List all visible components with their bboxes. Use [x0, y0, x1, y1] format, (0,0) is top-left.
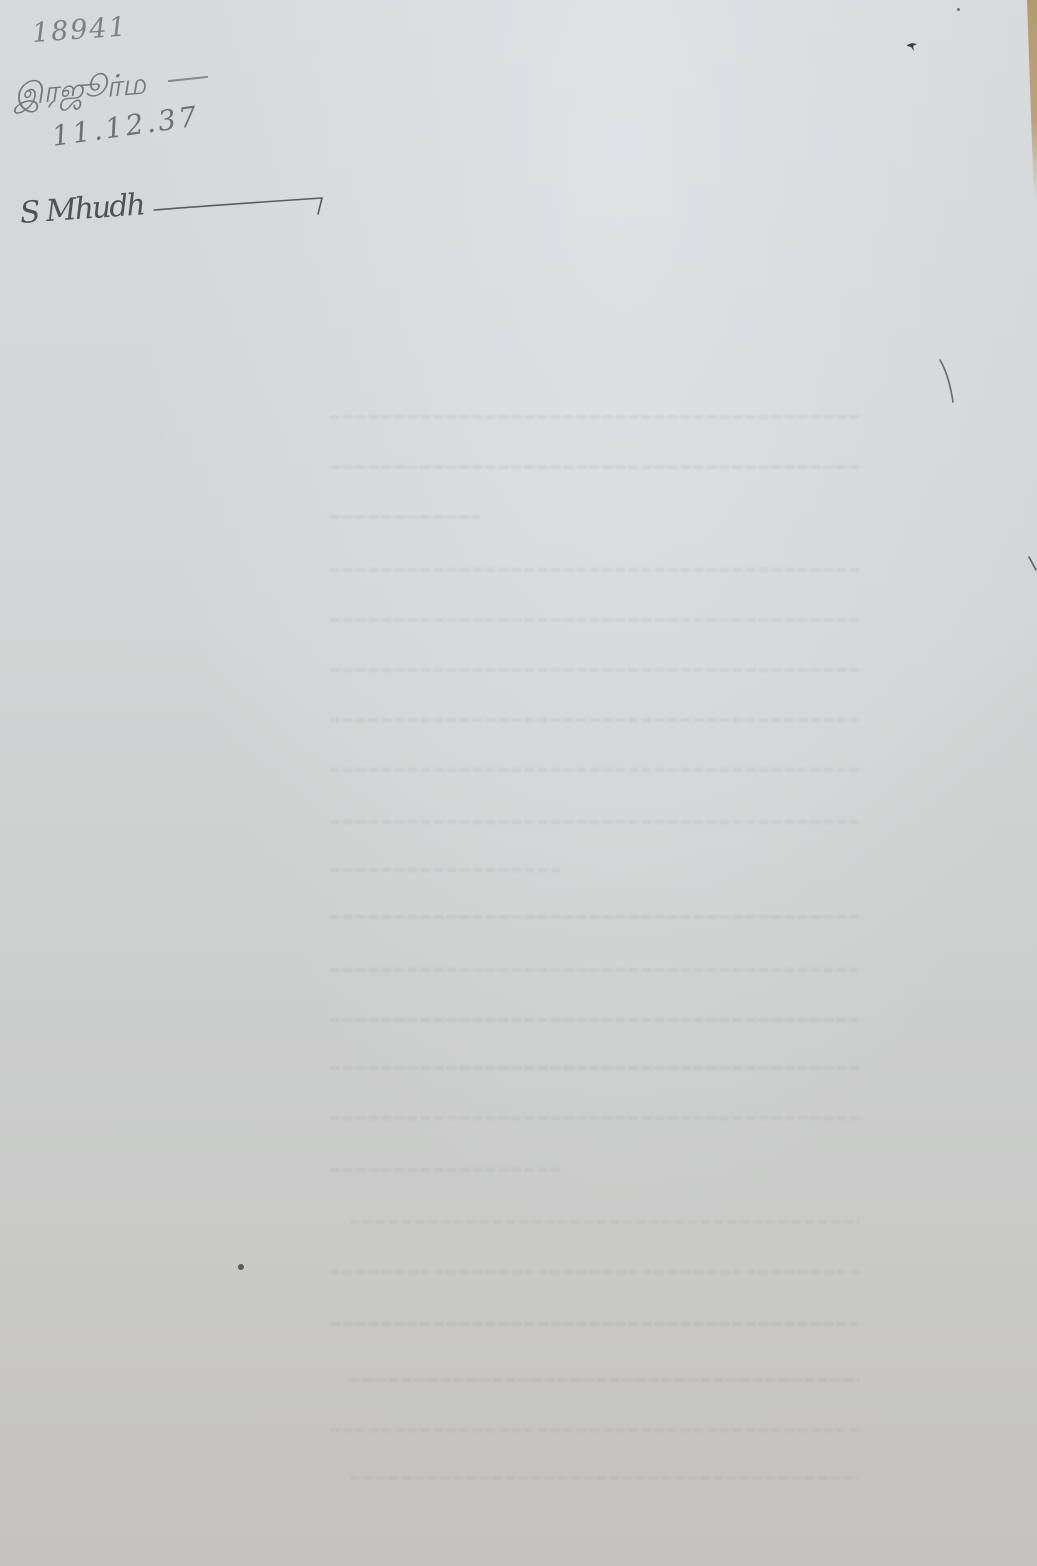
- scan-background-edge: [1027, 0, 1037, 200]
- show-through-line: [330, 1066, 860, 1070]
- show-through-line: [330, 1270, 860, 1274]
- show-through-line: [330, 768, 860, 772]
- ink-spot: [906, 40, 918, 52]
- reference-number: 18941: [31, 11, 129, 49]
- signature-flourish: [152, 192, 332, 222]
- ink-dot-lower: [238, 1264, 244, 1270]
- show-through-line: [330, 718, 860, 722]
- signature: S Mhudh: [19, 187, 145, 231]
- show-through-line: [350, 1220, 860, 1224]
- scanned-page: 18941 இரஜூர்ம 11.12.37 S Mhudh: [0, 0, 1037, 1566]
- show-through-line: [330, 968, 860, 972]
- show-through-line: [330, 1428, 860, 1432]
- show-through-line: [350, 1378, 860, 1382]
- show-through-line: [330, 415, 860, 419]
- tamil-note-underline: [168, 76, 208, 82]
- show-through-line: [330, 1322, 860, 1326]
- show-through-line: [330, 868, 560, 872]
- show-through-line: [330, 515, 480, 519]
- show-through-line: [330, 1116, 860, 1120]
- show-through-line: [330, 820, 860, 824]
- show-through-line: [330, 1018, 860, 1022]
- show-through-line: [330, 465, 860, 469]
- show-through-line: [330, 1168, 560, 1172]
- show-through-line: [350, 1476, 860, 1480]
- show-through-text-area: [0, 0, 1037, 1566]
- show-through-line: [330, 668, 860, 672]
- ink-dot: [957, 8, 960, 11]
- show-through-line: [330, 915, 860, 919]
- pencil-stroke-edge: [1028, 556, 1037, 572]
- pencil-stroke: [938, 358, 956, 404]
- show-through-line: [330, 618, 860, 622]
- show-through-line: [330, 568, 860, 572]
